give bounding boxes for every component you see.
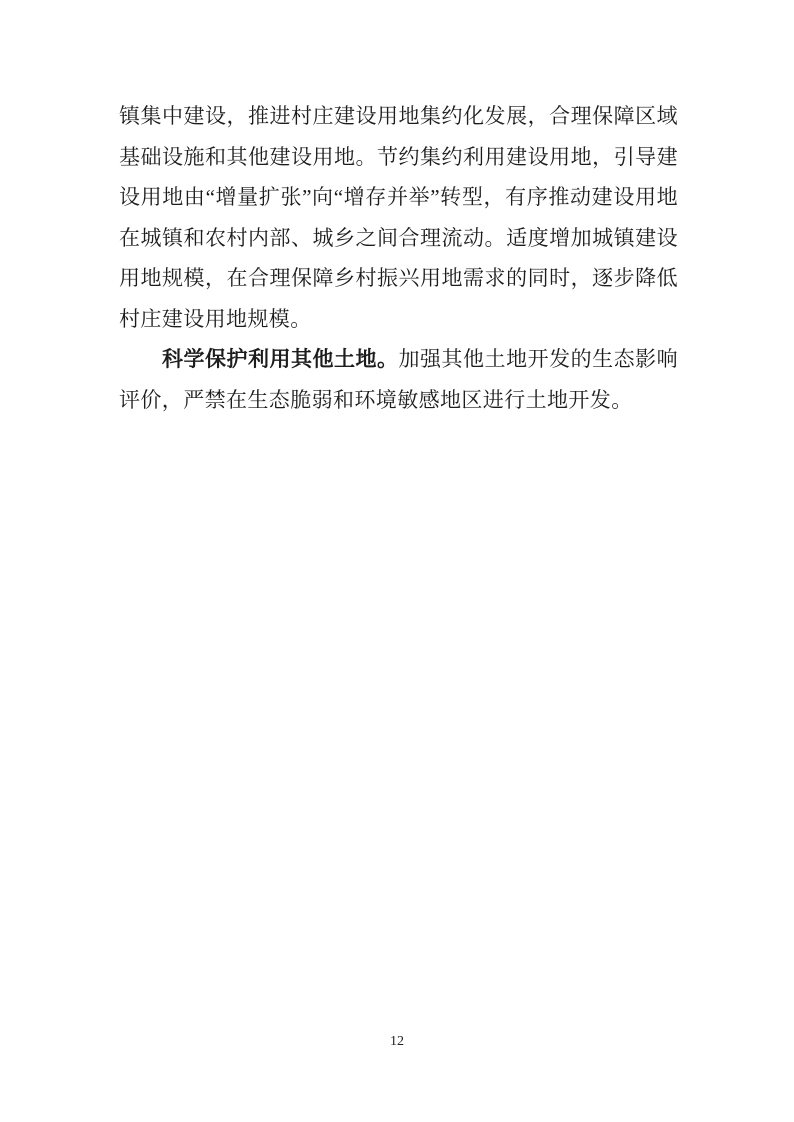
paragraph-other-land: 科学保护利用其他土地。加强其他土地开发的生态影响评价，严禁在生态脆弱和环境敏感地… xyxy=(119,339,678,420)
paragraph-lead-sentence: 科学保护利用其他土地。 xyxy=(162,347,399,371)
paragraph-continuation-text: 镇集中建设，推进村庄建设用地集约化发展，合理保障区域基础设施和其他建设用地。节约… xyxy=(119,104,678,331)
page-number: 12 xyxy=(0,1034,794,1050)
body-text: 镇集中建设，推进村庄建设用地集约化发展，合理保障区域基础设施和其他建设用地。节约… xyxy=(119,96,678,420)
paragraph-continuation: 镇集中建设，推进村庄建设用地集约化发展，合理保障区域基础设施和其他建设用地。节约… xyxy=(119,96,678,339)
document-page: 镇集中建设，推进村庄建设用地集约化发展，合理保障区域基础设施和其他建设用地。节约… xyxy=(0,0,794,1122)
